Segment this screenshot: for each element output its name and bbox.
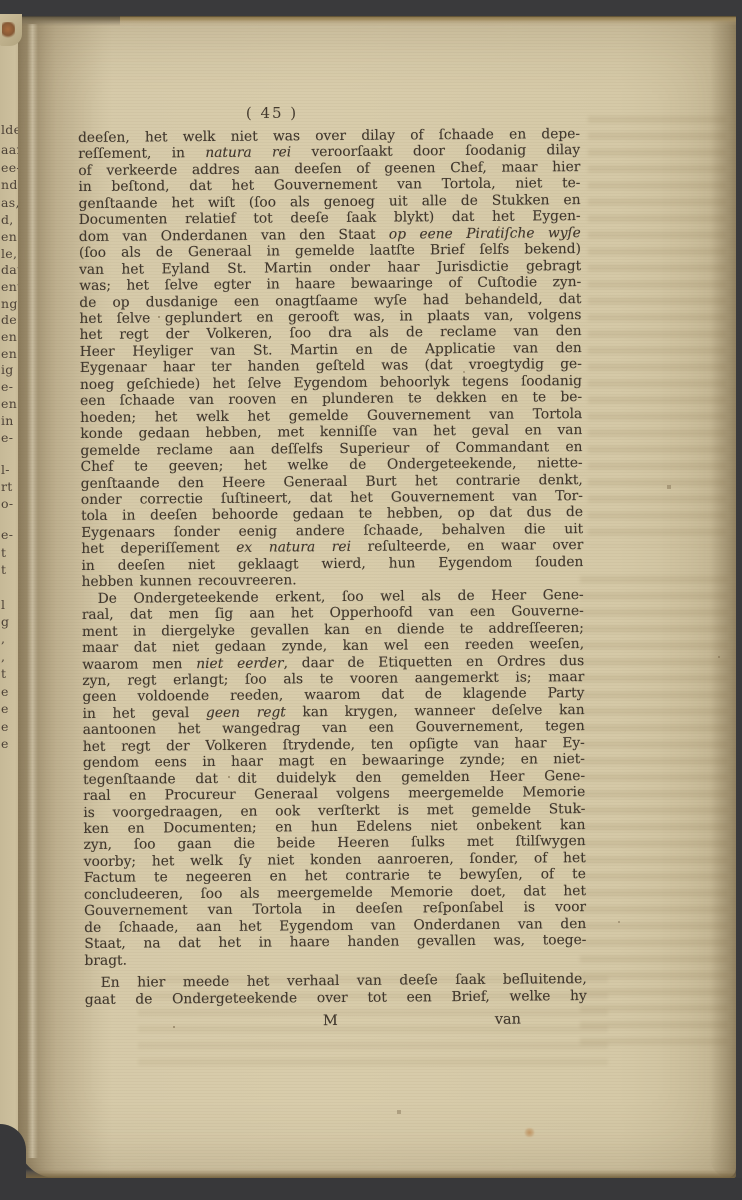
corner-marble-stain [2,22,15,38]
page-top-edge [18,16,736,26]
right-edge-shadow [710,16,736,1178]
paragraph: En hier meede het verhaal van deeſe ſaak… [85,971,587,1008]
text-line: gaat de Ondergeteekende over tot een Bri… [85,988,587,1008]
scan-background-top [0,0,742,16]
show-through-text-ghost [588,116,726,546]
catchword: van [495,1012,521,1029]
paper-specks [158,316,160,318]
show-through-text-ghost [580,576,728,1046]
book-page: ( 45 ) deeſen, het welk niet was over di… [18,16,736,1178]
text-block: deeſen, het welk niet was over dilay of … [78,126,587,1031]
scanned-book-page-image: { "page": { "page_number": "( 45 )", "pa… [0,0,742,1200]
paragraph: De Ondergeteekende erkent, ſoo wel als d… [82,587,587,969]
scan-background-right [736,0,742,1200]
page-bottom-edge [18,1169,736,1178]
page-number: ( 45 ) [222,104,322,122]
foxing-stain [524,1128,535,1137]
paragraph: deeſen, het welk niet was over dilay of … [78,126,584,591]
scan-background-bottom [0,1178,742,1200]
page-curl-highlight [27,24,38,1158]
signature-mark: M [323,1013,338,1030]
